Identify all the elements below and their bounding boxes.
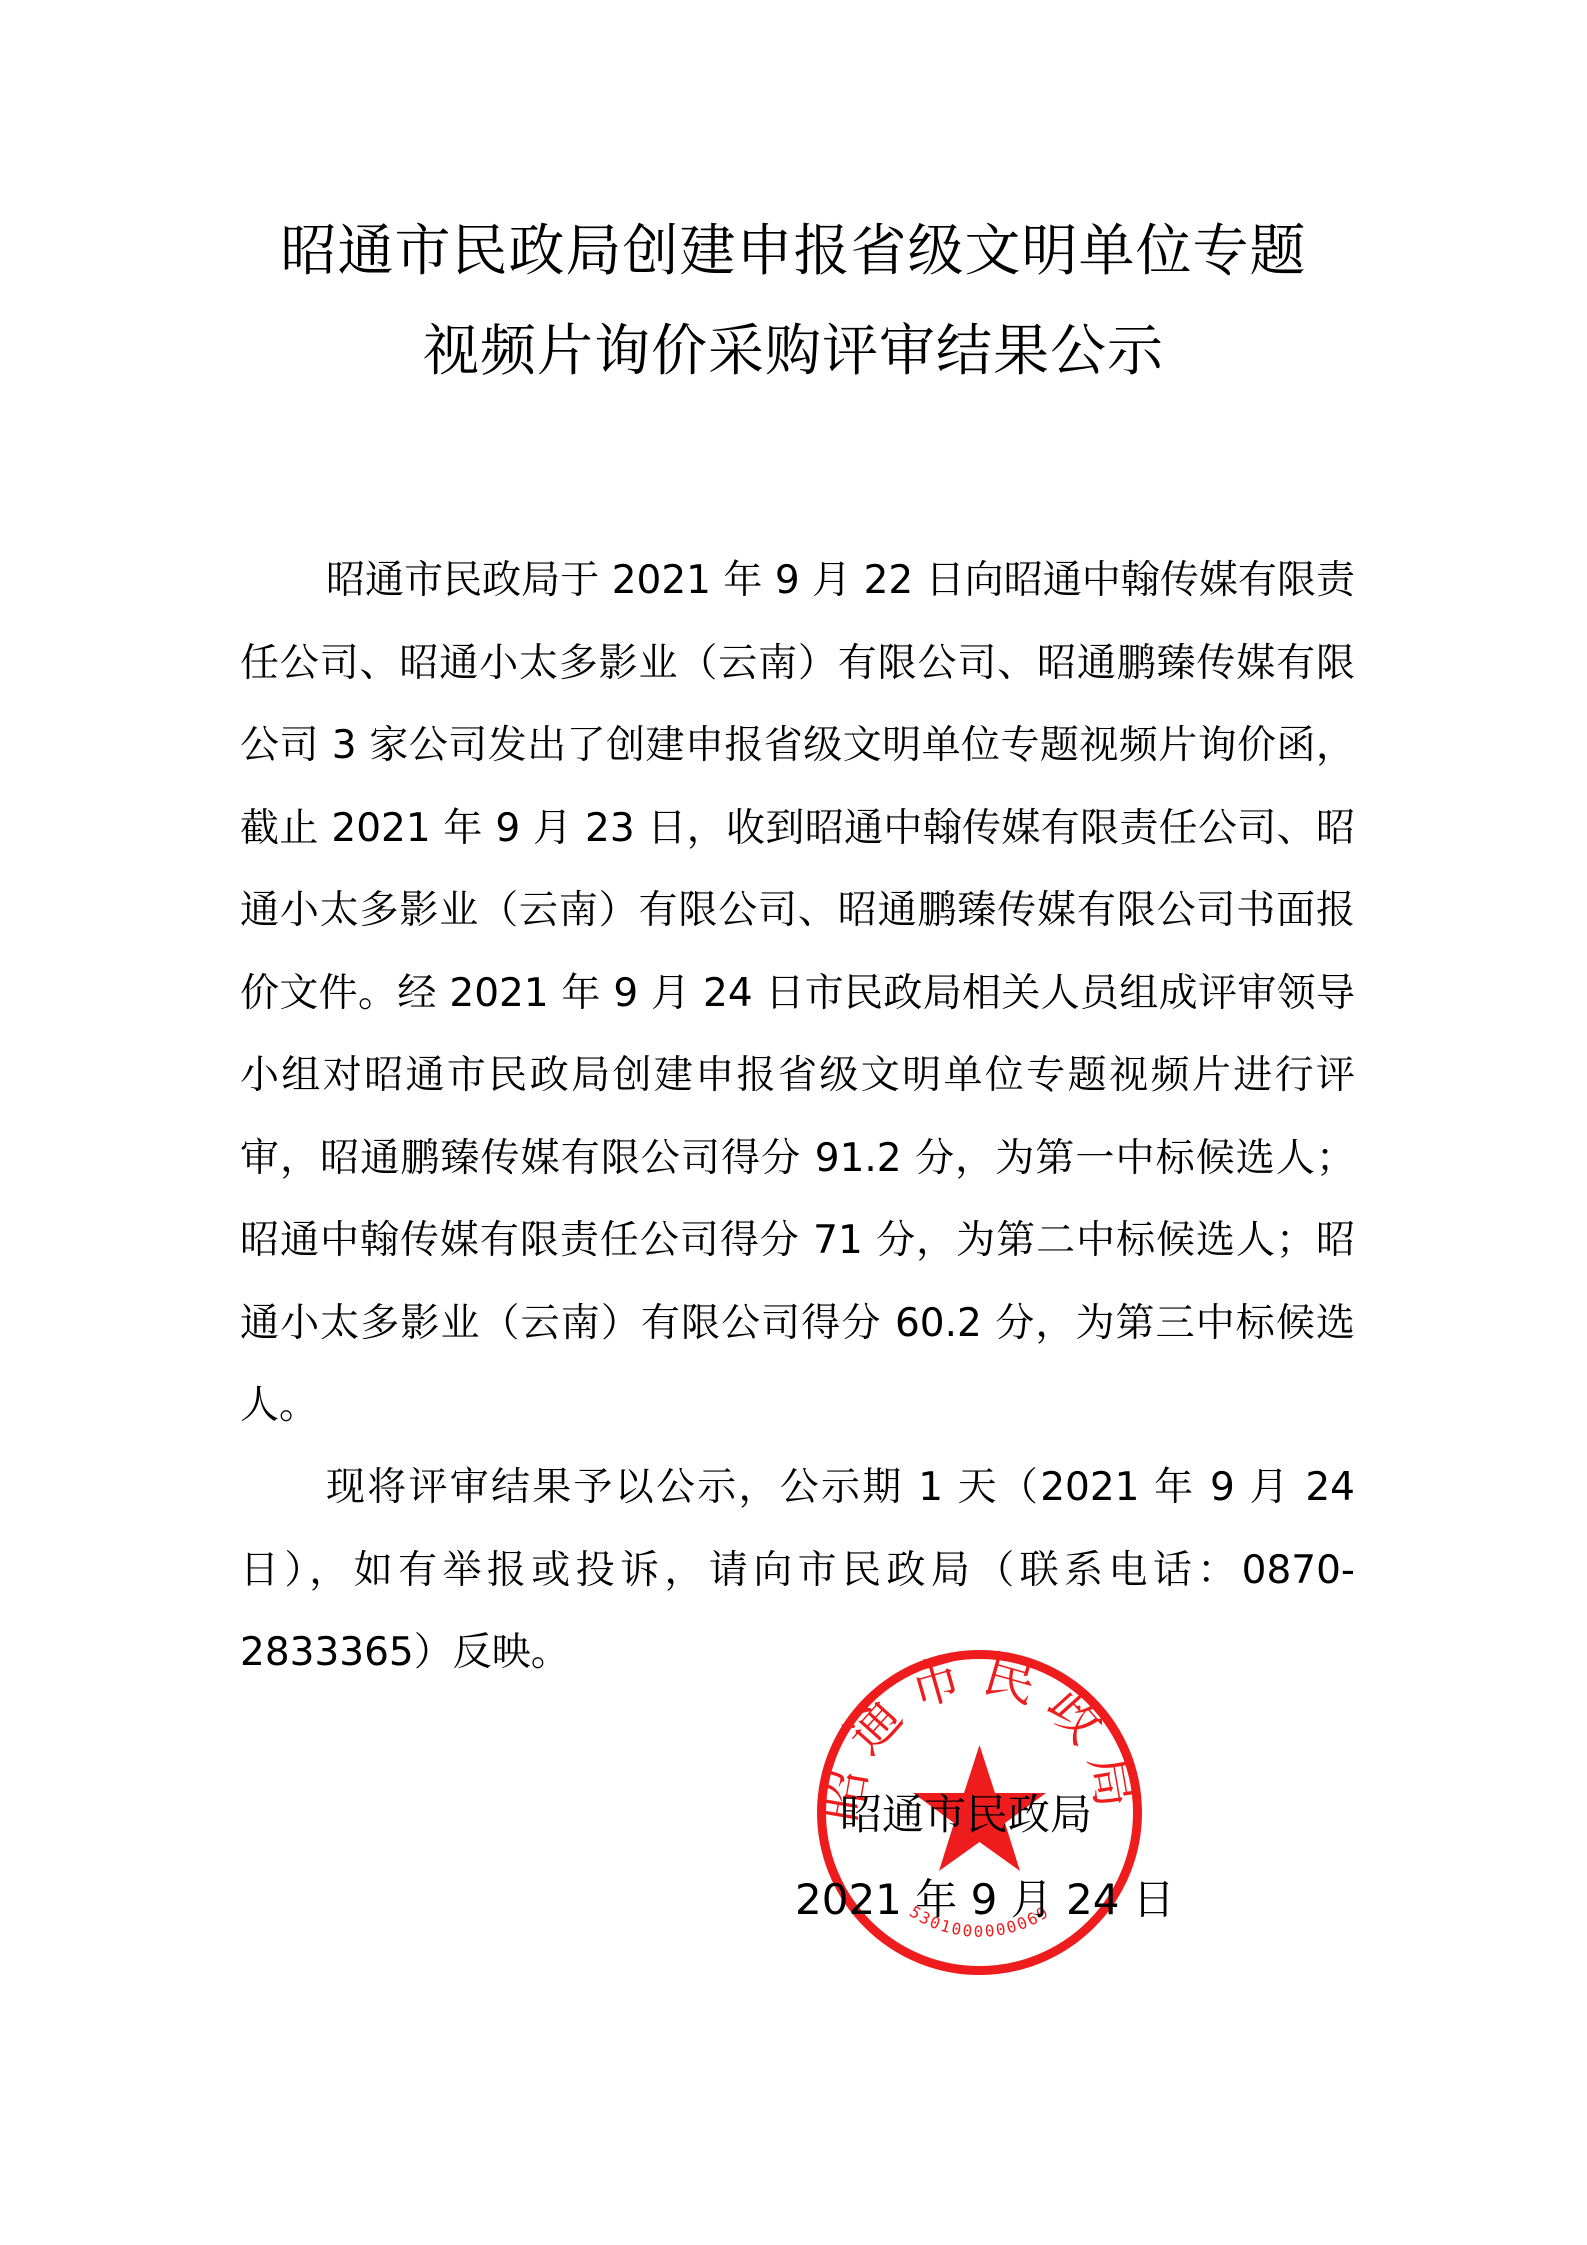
- paragraph-text: 现将评审结果予以公示，公示期 1 天（2021 年 9 月 24 日），如有举报…: [240, 1447, 1355, 1695]
- signature-organization: 昭通市民政局: [840, 1790, 1092, 1840]
- signature-date: 2021 年 9 月 24 日: [795, 1875, 1175, 1925]
- document-title-line-1: 昭通市民政局创建申报省级文明单位专题: [0, 222, 1587, 282]
- document-title-line-2: 视频片询价采购评审结果公示: [0, 322, 1587, 382]
- body-paragraph-1: 昭通市民政局于 2021 年 9 月 22 日向昭通中翰传媒有限责任公司、昭通小…: [240, 540, 1355, 1448]
- paragraph-text: 昭通市民政局于 2021 年 9 月 22 日向昭通中翰传媒有限责任公司、昭通小…: [240, 540, 1355, 1448]
- body-paragraph-2: 现将评审结果予以公示，公示期 1 天（2021 年 9 月 24 日），如有举报…: [240, 1447, 1355, 1695]
